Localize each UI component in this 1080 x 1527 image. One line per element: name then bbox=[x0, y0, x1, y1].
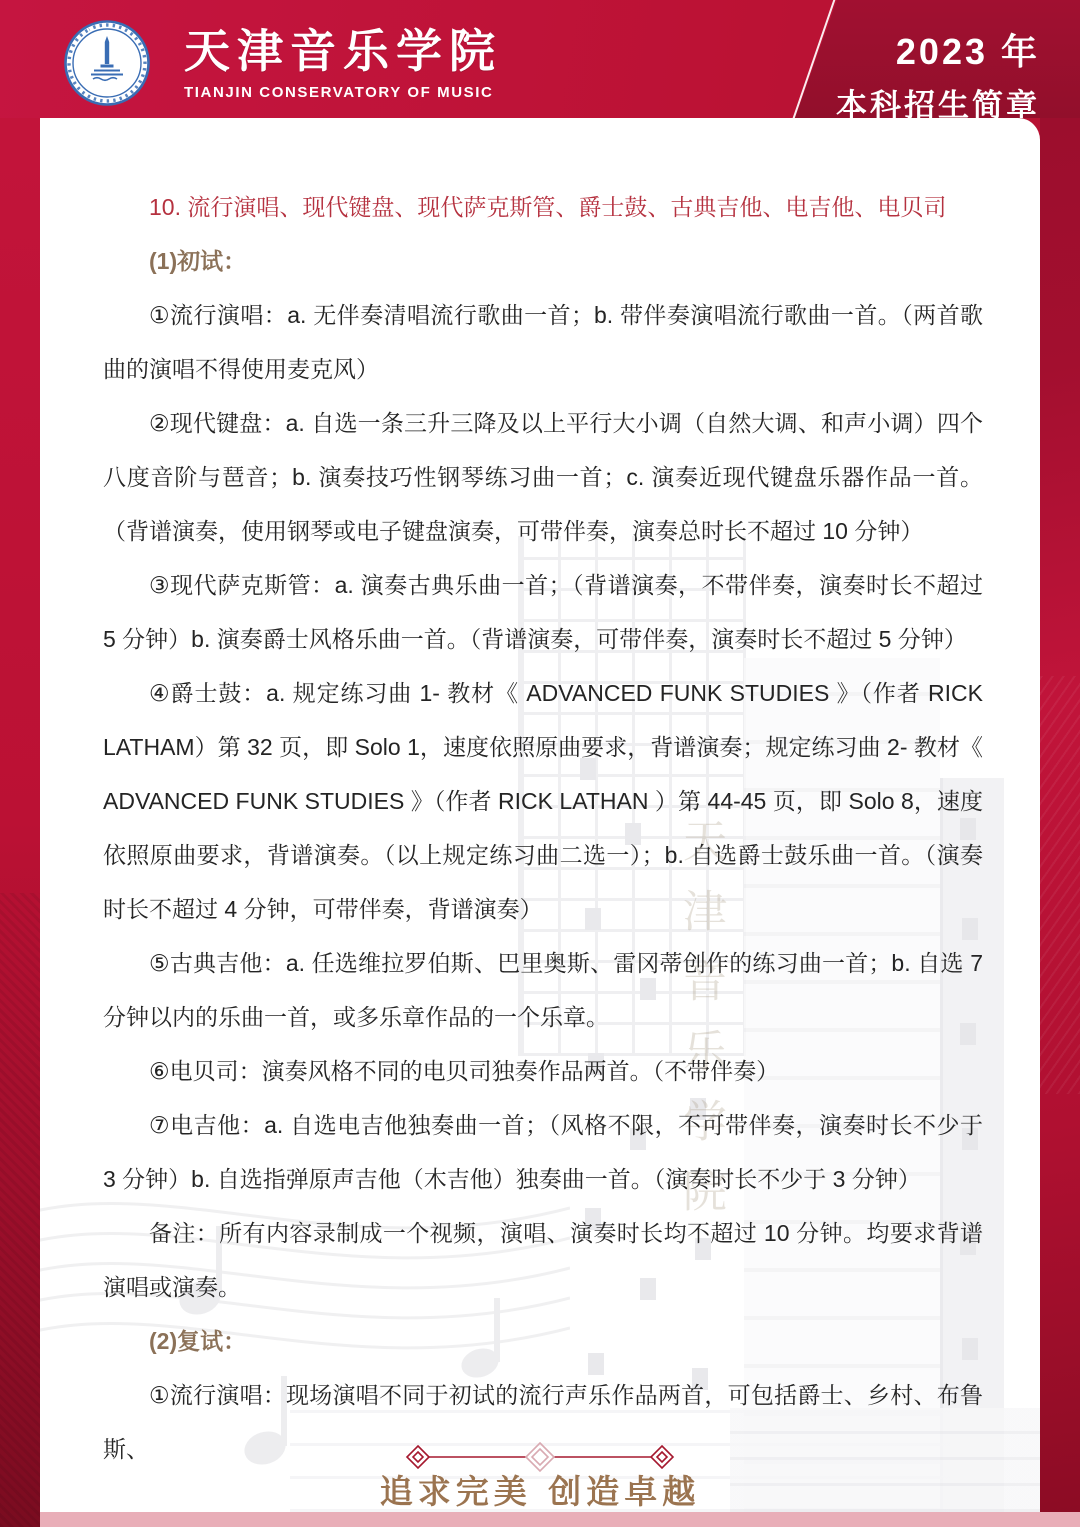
section-title: 10. 流行演唱、现代键盘、现代萨克斯管、爵士鼓、古典吉他、电吉他、电贝司 bbox=[103, 180, 983, 234]
school-name-cn: 天津音乐学院 bbox=[184, 26, 502, 77]
round1-item-modern-saxophone: ③现代萨克斯管：a. 演奏古典乐曲一首；（背谱演奏，不带伴奏，演奏时长不超过 5… bbox=[103, 558, 983, 666]
header: 天津音乐学院 TIANJIN CONSERVATORY OF MUSIC 202… bbox=[0, 0, 1080, 118]
school-emblem-icon bbox=[64, 20, 150, 106]
round1-item-electric-guitar: ⑦电吉他：a. 自选电吉他独奏曲一首；（风格不限，不可带伴奏，演奏时长不少于 3… bbox=[103, 1098, 983, 1206]
building-watermark-windows bbox=[40, 118, 56, 140]
frame-border-bottom bbox=[40, 1512, 1080, 1527]
frame-border-right bbox=[1040, 118, 1080, 1512]
school-name-en: TIANJIN CONSERVATORY OF MUSIC bbox=[184, 84, 502, 101]
round1-label: (1)初试： bbox=[103, 234, 983, 288]
edition-year: 2023 年 bbox=[836, 24, 1040, 75]
round1-item-modern-keyboard: ②现代键盘：a. 自选一条三升三降及以上平行大小调（自然大调、和声小调）四个八度… bbox=[103, 396, 983, 558]
edition-block: 2023 年 本科招生简章 bbox=[836, 24, 1040, 118]
motto: 追求完美 创造卓越 bbox=[40, 1466, 1040, 1512]
edition-title: 本科招生简章 bbox=[836, 80, 1040, 118]
round1-item-jazz-drums: ④爵士鼓：a. 规定练习曲 1- 教材《 ADVANCED FUNK STUDI… bbox=[103, 666, 983, 936]
round1-item-electric-bass: ⑥电贝司：演奏风格不同的电贝司独奏作品两首。（不带伴奏） bbox=[103, 1044, 983, 1098]
exam-requirements-text: 10. 流行演唱、现代键盘、现代萨克斯管、爵士鼓、古典吉他、电吉他、电贝司 (1… bbox=[103, 180, 983, 1476]
brochure-page: 天津音乐学院 TIANJIN CONSERVATORY OF MUSIC 202… bbox=[0, 0, 1080, 1527]
round2-label: (2)复试： bbox=[103, 1314, 983, 1368]
school-names: 天津音乐学院 TIANJIN CONSERVATORY OF MUSIC bbox=[184, 26, 502, 101]
frame-border-left bbox=[0, 118, 40, 1527]
content-card: 天津音乐学院 10. 流行演唱、现代键盘、现代萨克斯管、爵士鼓、古典吉他、电吉他… bbox=[40, 118, 1040, 1512]
round1-item-classical-guitar: ⑤古典吉他：a. 任选维拉罗伯斯、巴里奥斯、雷冈蒂创作的练习曲一首；b. 自选 … bbox=[103, 936, 983, 1044]
round1-note: 备注：所有内容录制成一个视频，演唱、演奏时长均不超过 10 分钟。均要求背谱演唱… bbox=[103, 1206, 983, 1314]
round1-item-pop-vocal: ①流行演唱：a. 无伴奏清唱流行歌曲一首；b. 带伴奏演唱流行歌曲一首。（两首歌… bbox=[103, 288, 983, 396]
